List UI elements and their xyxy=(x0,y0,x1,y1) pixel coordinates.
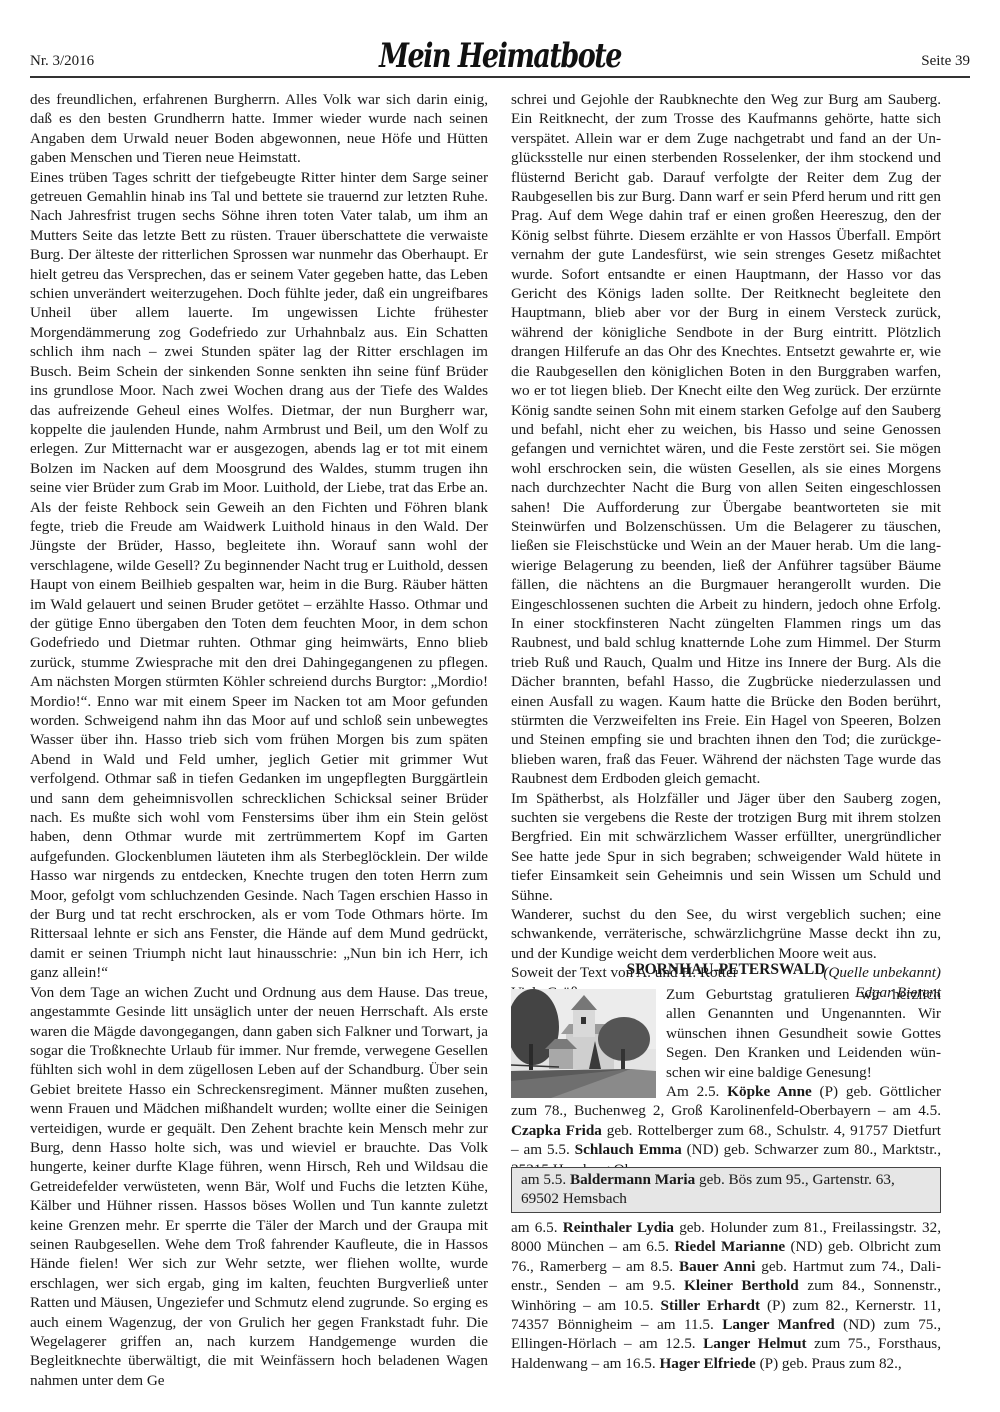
person-name: Schlauch Emma xyxy=(575,1141,682,1158)
paragraph: Eines trüben Tages schritt der tiefgebeu… xyxy=(30,168,488,983)
paragraph: schrei und Gejohle der Raubknechte den W… xyxy=(511,90,941,789)
person-name: Riedel Marianne xyxy=(674,1238,785,1255)
issue-number: Nr. 3/2016 xyxy=(30,53,94,70)
birthday-section: Zum Geburtstag gratulieren wir herzlich … xyxy=(511,985,941,1179)
section-title: SPORNHAU-PETERSWALD xyxy=(511,961,941,979)
paragraph: Wanderer, suchst du den See, du wirst ve… xyxy=(511,905,941,963)
person-name: Baldermann Maria xyxy=(570,1171,695,1188)
person-name: Hager Elfriede xyxy=(659,1355,755,1372)
person-name: Kleiner Berthold xyxy=(684,1277,799,1294)
paragraph: des freundlichen, erfahrenen Burgherrn. … xyxy=(30,90,488,168)
person-name: Stiller Erhardt xyxy=(661,1297,760,1314)
person-name: Köpke Anne xyxy=(727,1083,812,1100)
paragraph: Im Spätherbst, als Holzfäller und Jäger … xyxy=(511,789,941,905)
person-name: Langer Helmut xyxy=(703,1335,806,1352)
person-name: Langer Manfred xyxy=(722,1316,835,1333)
article-left-column: des freundlichen, erfahrenen Burgherrn. … xyxy=(30,90,488,1390)
birthday-list-continued: am 6.5. Reinthaler Lydia geb. Holunder z… xyxy=(511,1218,941,1373)
person-name: Reinthaler Lydia xyxy=(563,1219,674,1236)
church-photo xyxy=(511,989,656,1098)
masthead-logo: Mein Heimatbote xyxy=(379,41,621,72)
highlighted-birthday: am 5.5. Baldermann Maria geb. Bös zum 95… xyxy=(511,1167,941,1213)
person-name: Czapka Frida xyxy=(511,1122,602,1139)
article-right-column: schrei und Gejohle der Raubknechte den W… xyxy=(511,90,941,1002)
church-photo-image xyxy=(511,989,656,1098)
paragraph: Von dem Tage an wichen Zucht und Ordnung… xyxy=(30,983,488,1391)
birthday-entry: Hager Elfriede (P) geb. Praus zum 82., xyxy=(659,1355,901,1372)
person-name: Bauer Anni xyxy=(679,1258,755,1275)
page-header: Nr. 3/2016 Mein Heimatbote Seite 39 xyxy=(30,28,970,78)
page-number: Seite 39 xyxy=(921,53,970,70)
